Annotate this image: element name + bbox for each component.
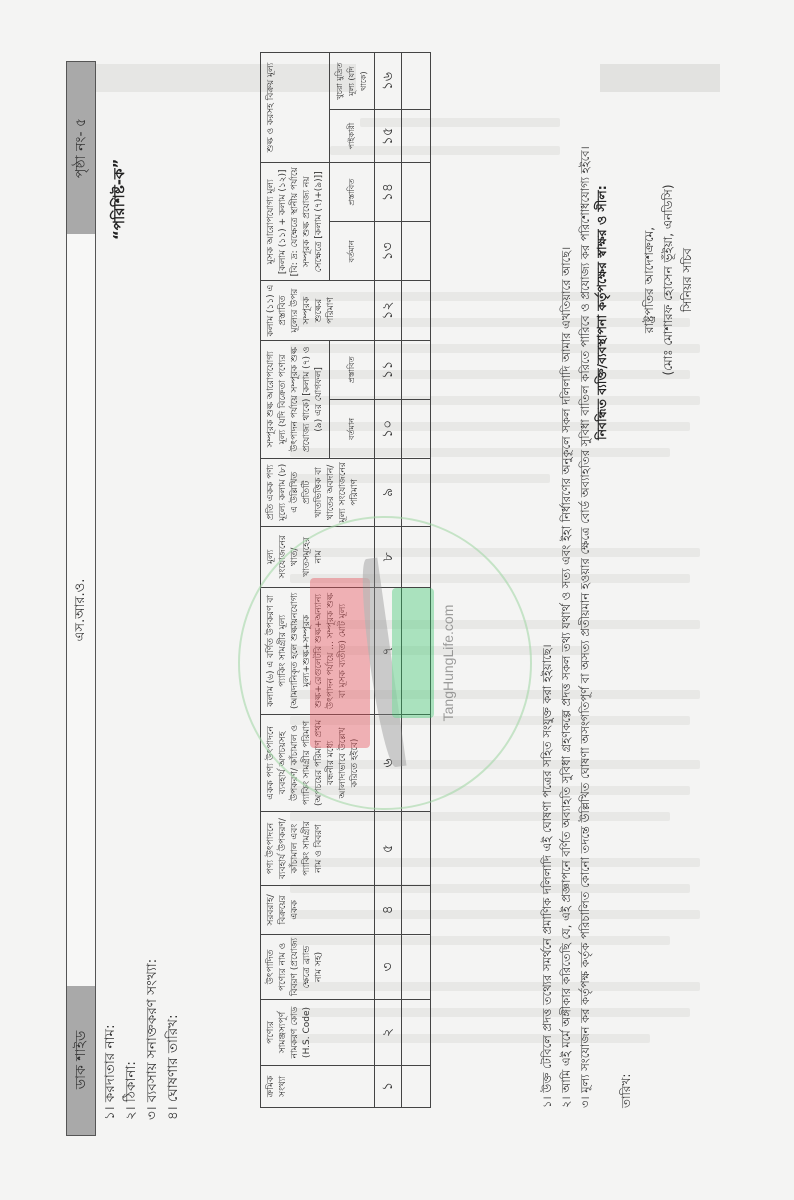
- col-header: মূল্য সংযোজনের খাত/ খাতসমূহের নাম: [261, 526, 375, 587]
- col-number: ১২: [375, 281, 402, 340]
- col-number: ৭: [375, 587, 402, 714]
- gazette-page: ডাক শাইড এস.আর.ও. পৃষ্ঠা নং- ৫ “পরিশিষ্ট…: [0, 0, 794, 1200]
- col-number: ১৩: [375, 222, 402, 281]
- col-number: ১৬: [375, 53, 402, 110]
- declaration-notes: ১। উক্ত টেবিলে প্রদত্ত তথ্যের সমর্থনে প্…: [538, 208, 595, 1108]
- col-header: ক্রমিক সংখ্যা: [261, 1065, 375, 1107]
- table-row-empty: [402, 53, 431, 1108]
- signature-label: নিবন্ধিত ব্যক্তি/ব্যবস্থাপনা কর্তৃপক্ষের…: [594, 185, 614, 440]
- signatory-name: (মোঃ মোশারফ হোসেন ভূঁইয়া, এনডিসি): [659, 140, 678, 420]
- header-left-label: ডাক শাইড: [66, 984, 96, 1136]
- col-header: একক পণ্য উৎপাদনে ব্যবহার্য অপচয়সহ উপকরণ…: [261, 714, 375, 811]
- sub-header: পাইকারী: [330, 110, 375, 163]
- column-number-row: ১ ২ ৩ ৪ ৫ ৬ ৭ ৮ ৯ ১০ ১১ ১২ ১৩ ১৪ ১৫ ১৬: [375, 53, 402, 1108]
- signatory-title: সিনিয়র সচিব: [678, 140, 697, 420]
- date-label: তারিখ:: [618, 1074, 638, 1108]
- table-header-row: ক্রমিক সংখ্যা পণ্যের সামঞ্জস্যপূর্ণ নামক…: [261, 53, 330, 1108]
- col-number: ১১: [375, 340, 402, 399]
- col-header: প্রতি একক পণ্য মূল্যে কলাম (৮) এ উল্লিখি…: [261, 459, 375, 527]
- col-number: ৩: [375, 934, 402, 1000]
- col-header: পণ্য উৎপাদনে ব্যবহার্য উপকরণ/ কাঁচামাল এ…: [261, 812, 375, 886]
- page-number: পৃষ্ঠা নং- ৫: [66, 61, 96, 234]
- note-3: ৩। মূল্য সংযোজন কর কর্তৃপক্ষ কর্তৃক পরিচ…: [576, 208, 595, 1108]
- note-1: ১। উক্ত টেবিলে প্রদত্ত তথ্যের সমর্থনে প্…: [538, 208, 557, 1108]
- field-declaration-date: ৪। ঘোষণার তারিখ:: [163, 959, 184, 1120]
- col-number: ১: [375, 1065, 402, 1107]
- field-bin: ৩। ব্যবসায় সনাক্তকরণ সংখ্যা:: [142, 959, 163, 1120]
- col-number: ১৪: [375, 163, 402, 222]
- col-header: সরবরাহ/ বিক্রয়ের একক: [261, 886, 375, 935]
- sub-header: বর্তমান: [330, 222, 375, 281]
- col-header: কলাম (৬) এ বর্ণিত উপকরণ বা প্যাকিং সামগ্…: [261, 587, 375, 714]
- declarant-fields: ১। করদাতার নাম: ২। ঠিকানা: ৩। ব্যবসায় স…: [100, 959, 184, 1120]
- sub-header: প্রস্তাবিত: [330, 163, 375, 222]
- form-code: এস.আর.ও.: [66, 233, 96, 986]
- col-header: সম্পূরক শুল্ক আরোপযোগ্য মূল্য (যদি বিক্র…: [261, 340, 330, 458]
- note-2: ২। আমি এই মর্মে অঙ্গীকার করিতেছি যে, এই …: [557, 208, 576, 1108]
- col-number: ১০: [375, 399, 402, 458]
- col-header: উৎপাদিত পণ্যের নাম ও বিবরণ (প্রযোজ্য ক্ষ…: [261, 934, 375, 1000]
- sub-header: খুচরা মুদ্রিত মূল্য (যদি থাকে): [330, 53, 375, 110]
- watermark-text: TangHungLife.com: [440, 518, 456, 808]
- col-header: মূসক আরোপযোগ্য মূল্য [কলাম (১১) + কলাম (…: [261, 163, 330, 281]
- appendix-title: “পরিশিষ্ট-ক”: [108, 159, 133, 240]
- col-header: শুল্ক ও করসহ বিক্রয় মূল্য: [261, 53, 330, 163]
- col-number: ৫: [375, 812, 402, 886]
- order-line: রাষ্ট্রপতির আদেশক্রমে,: [640, 140, 659, 420]
- sub-header: প্রস্তাবিত: [330, 340, 375, 399]
- col-number: ৬: [375, 714, 402, 811]
- order-block: রাষ্ট্রপতির আদেশক্রমে, (মোঃ মোশারফ হোসেন…: [640, 140, 697, 420]
- col-number: ২: [375, 1000, 402, 1066]
- field-address: ২। ঠিকানা:: [121, 959, 142, 1120]
- col-header: পণ্যের সামঞ্জস্যপূর্ণ নামকরণ কোড (H.S. C…: [261, 1000, 375, 1066]
- col-number: ৪: [375, 886, 402, 935]
- sub-header: বর্তমান: [330, 399, 375, 458]
- field-taxpayer-name: ১। করদাতার নাম:: [100, 959, 121, 1120]
- col-header: কলাম (১১) এ প্রস্তাবিত মূল্যের উপর সম্পূ…: [261, 281, 375, 340]
- price-declaration-table: ক্রমিক সংখ্যা পণ্যের সামঞ্জস্যপূর্ণ নামক…: [260, 52, 431, 1108]
- col-number: ৮: [375, 526, 402, 587]
- col-number: ৯: [375, 459, 402, 527]
- col-number: ১৫: [375, 110, 402, 163]
